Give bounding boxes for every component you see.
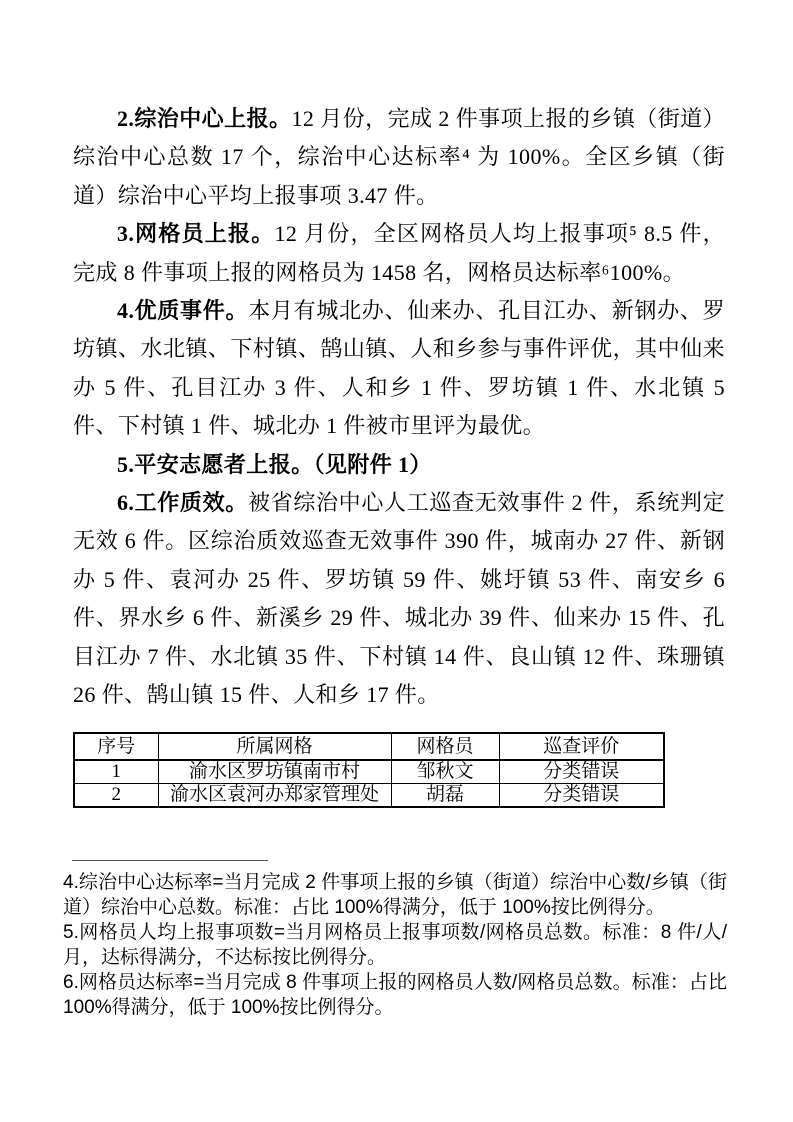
section-text: 被省综治中心人工巡查无效事件 2 件，系统判定无效 6 件。区综治质效巡查无效事… (73, 490, 725, 707)
table-row: 1 渝水区罗坊镇南市村 邹秋文 分类错误 (74, 760, 664, 784)
column-header-grid: 所属网格 (158, 733, 391, 760)
cell-grid: 渝水区罗坊镇南市村 (158, 760, 391, 784)
inspection-evaluation-table: 序号 所属网格 网格员 巡查评价 1 渝水区罗坊镇南市村 邹秋文 分类错误 2 … (73, 732, 665, 808)
section-heading: 2.综治中心上报。 (117, 106, 291, 131)
footnotes-section: 4.综治中心达标率=当月完成 2 件事项上报的乡镇（街道）综治中心数/乡镇（街道… (63, 860, 727, 1020)
cell-evaluation: 分类错误 (499, 760, 664, 784)
cell-evaluation: 分类错误 (499, 784, 664, 808)
section-heading: 5.平安志愿者上报。（见附件 1） (117, 452, 432, 477)
footnote-5: 5.网格员人均上报事项数=当月网格员上报事项数/网格员总数。标准：8 件/人/月… (63, 920, 727, 970)
paragraph-grid-worker-report: 3.网格员上报。12 月份，全区网格员人均上报事项⁵ 8.5 件，完成 8 件事… (73, 215, 725, 292)
table-header-row: 序号 所属网格 网格员 巡查评价 (74, 733, 664, 760)
section-heading: 6.工作质效。 (117, 490, 248, 515)
cell-grid: 渝水区袁河办郑家管理处 (158, 784, 391, 808)
footnote-6: 6.网格员达标率=当月完成 8 件事项上报的网格员人数/网格员总数。标准：占比 … (63, 970, 727, 1020)
paragraph-center-report: 2.综治中心上报。12 月份，完成 2 件事项上报的乡镇（街道）综治中心总数 1… (73, 100, 725, 215)
section-heading: 4.优质事件。 (117, 298, 248, 323)
document-page: 2.综治中心上报。12 月份，完成 2 件事项上报的乡镇（街道）综治中心总数 1… (0, 0, 793, 1122)
footnote-separator (72, 860, 268, 861)
report-body: 2.综治中心上报。12 月份，完成 2 件事项上报的乡镇（街道）综治中心总数 1… (73, 100, 725, 715)
section-heading: 3.网格员上报。 (117, 221, 274, 246)
column-header-evaluation: 巡查评价 (499, 733, 664, 760)
paragraph-volunteer-report: 5.平安志愿者上报。（见附件 1） (73, 446, 725, 484)
footnote-4: 4.综治中心达标率=当月完成 2 件事项上报的乡镇（街道）综治中心数/乡镇（街道… (63, 870, 727, 920)
column-header-grid-worker: 网格员 (391, 733, 499, 760)
paragraph-work-quality: 6.工作质效。被省综治中心人工巡查无效事件 2 件，系统判定无效 6 件。区综治… (73, 484, 725, 714)
cell-serial: 1 (74, 760, 158, 784)
cell-grid-worker: 胡磊 (391, 784, 499, 808)
cell-grid-worker: 邹秋文 (391, 760, 499, 784)
table-row: 2 渝水区袁河办郑家管理处 胡磊 分类错误 (74, 784, 664, 808)
paragraph-quality-events: 4.优质事件。本月有城北办、仙来办、孔目江办、新钢办、罗坊镇、水北镇、下村镇、鹄… (73, 292, 725, 446)
column-header-serial: 序号 (74, 733, 158, 760)
cell-serial: 2 (74, 784, 158, 808)
